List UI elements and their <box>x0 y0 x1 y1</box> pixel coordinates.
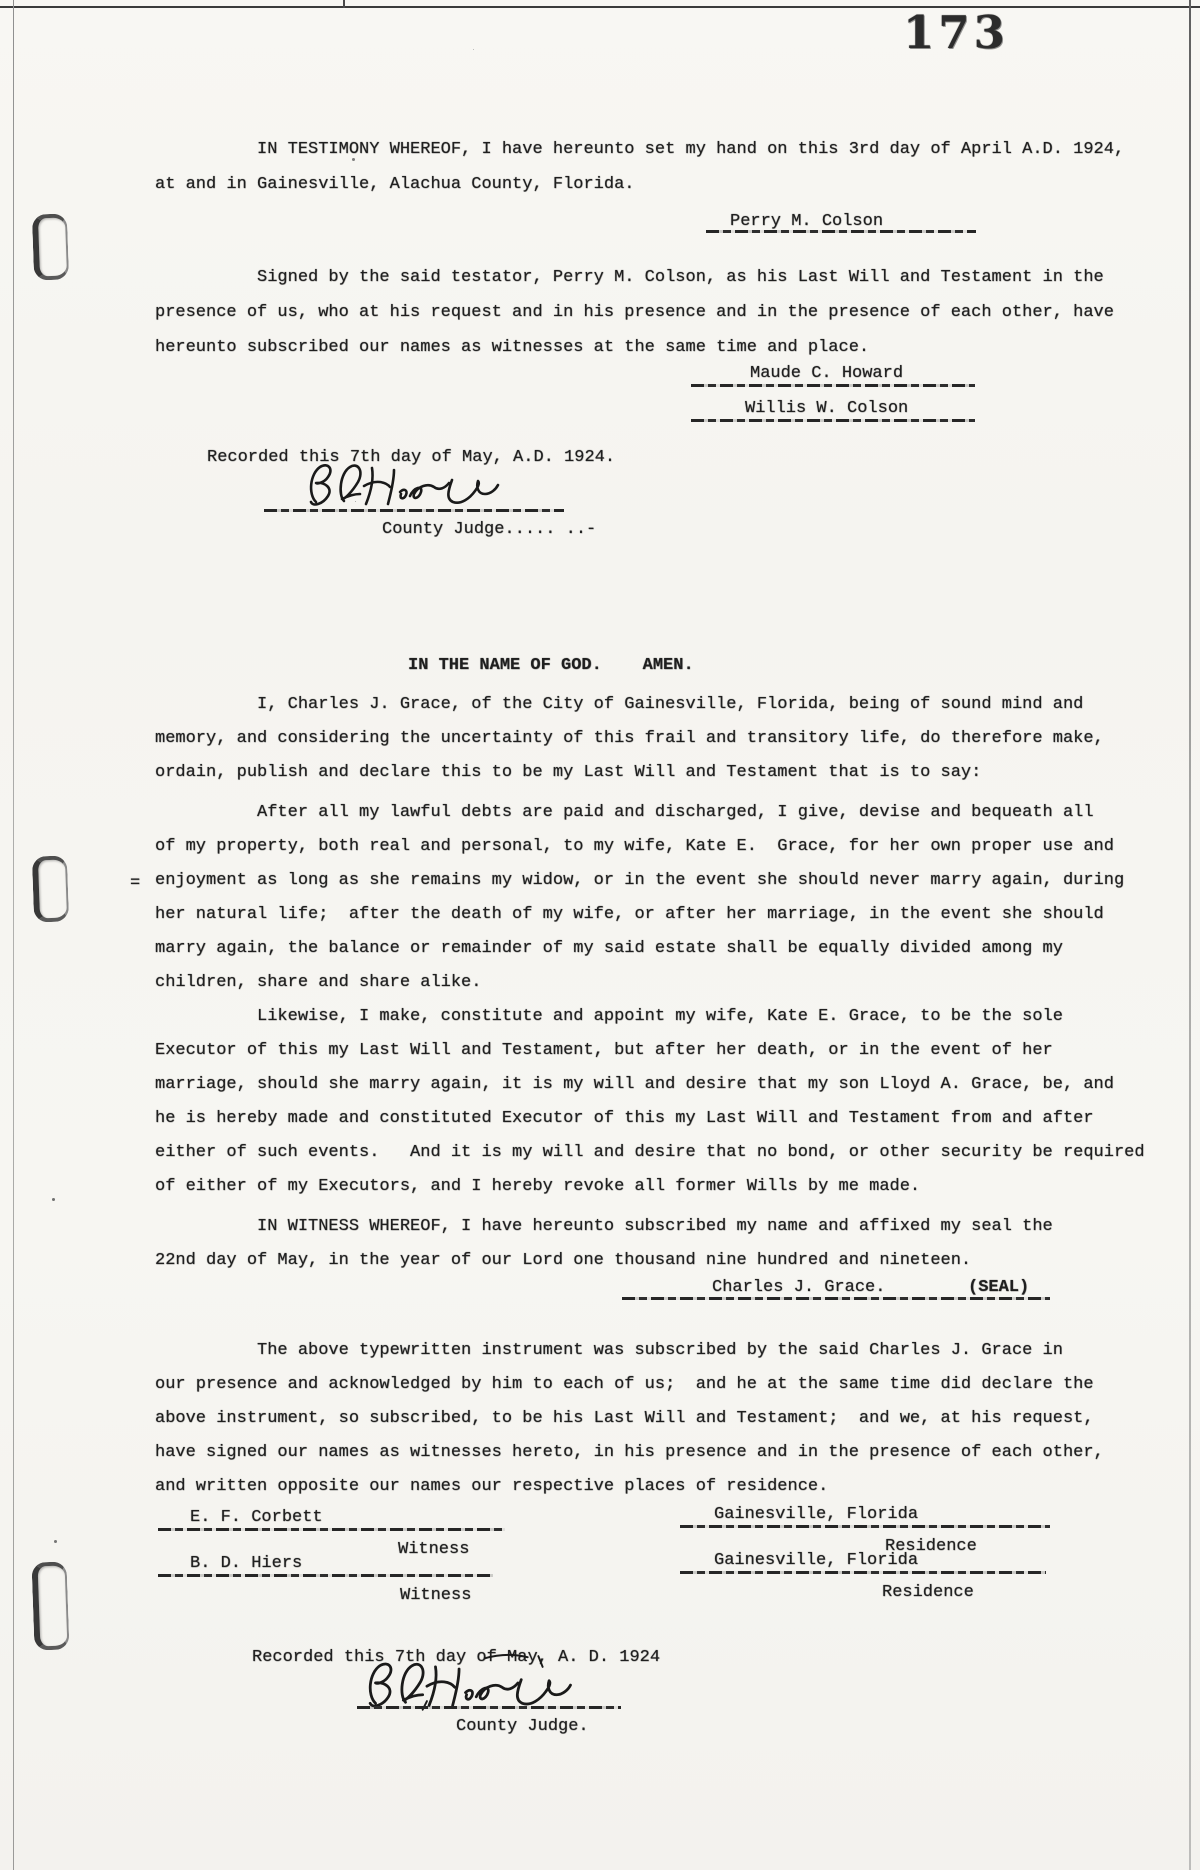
doc1-testator-signature: Perry M. Colson <box>730 204 883 239</box>
doc2-witness-whereof-paragraph: IN WITNESS WHEREOF, I have hereunto subs… <box>155 1210 1053 1278</box>
residence-value: Gainesville, Florida <box>714 1543 918 1578</box>
witness-signature: E. F. Corbett <box>190 1500 323 1535</box>
scanned-document-page: 173 IN TESTIMONY WHEREOF, I have hereunt… <box>0 0 1200 1870</box>
doc2-bequest-paragraph: After all my lawful debts are paid and d… <box>155 796 1124 1000</box>
scan-top-border <box>0 6 1200 8</box>
doc2-preamble-paragraph: I, Charles J. Grace, of the City of Gain… <box>155 688 1104 790</box>
residence-label: Residence <box>882 1575 974 1610</box>
doc1-judge-title: County Judge..... ..- <box>382 512 596 547</box>
witness-signature: B. D. Hiers <box>190 1546 302 1581</box>
page-number: 173 <box>903 6 1009 59</box>
doc2-margin-mark: = <box>130 866 140 901</box>
scan-left-border <box>13 0 14 1870</box>
doc2-attestation-paragraph: The above typewritten instrument was sub… <box>155 1334 1104 1504</box>
doc2-testator-signature: Charles J. Grace. <box>712 1270 885 1305</box>
doc2-judge-title: County Judge. <box>456 1709 589 1744</box>
doc2-seal-label: (SEAL) <box>968 1270 1029 1305</box>
binder-hole-middle <box>32 855 69 922</box>
scan-right-border <box>1189 0 1191 1870</box>
doc1-testimony-paragraph: IN TESTIMONY WHEREOF, I have hereunto se… <box>155 132 1124 202</box>
doc2-executor-paragraph: Likewise, I make, constitute and appoint… <box>155 1000 1145 1204</box>
scan-top-tick <box>343 0 345 8</box>
doc1-witness1-signature: Maude C. Howard <box>750 356 903 391</box>
binder-hole-bottom <box>31 1561 69 1650</box>
doc2-title: IN THE NAME OF GOD. AMEN. <box>408 648 694 683</box>
residence-value: Gainesville, Florida <box>714 1497 918 1532</box>
witness-label: Witness <box>400 1578 471 1613</box>
witness-label: Witness <box>398 1532 469 1567</box>
doc1-attestation-paragraph: Signed by the said testator, Perry M. Co… <box>155 260 1114 365</box>
doc1-witness2-signature: Willis W. Colson <box>745 391 908 426</box>
binder-hole-top <box>32 213 69 280</box>
